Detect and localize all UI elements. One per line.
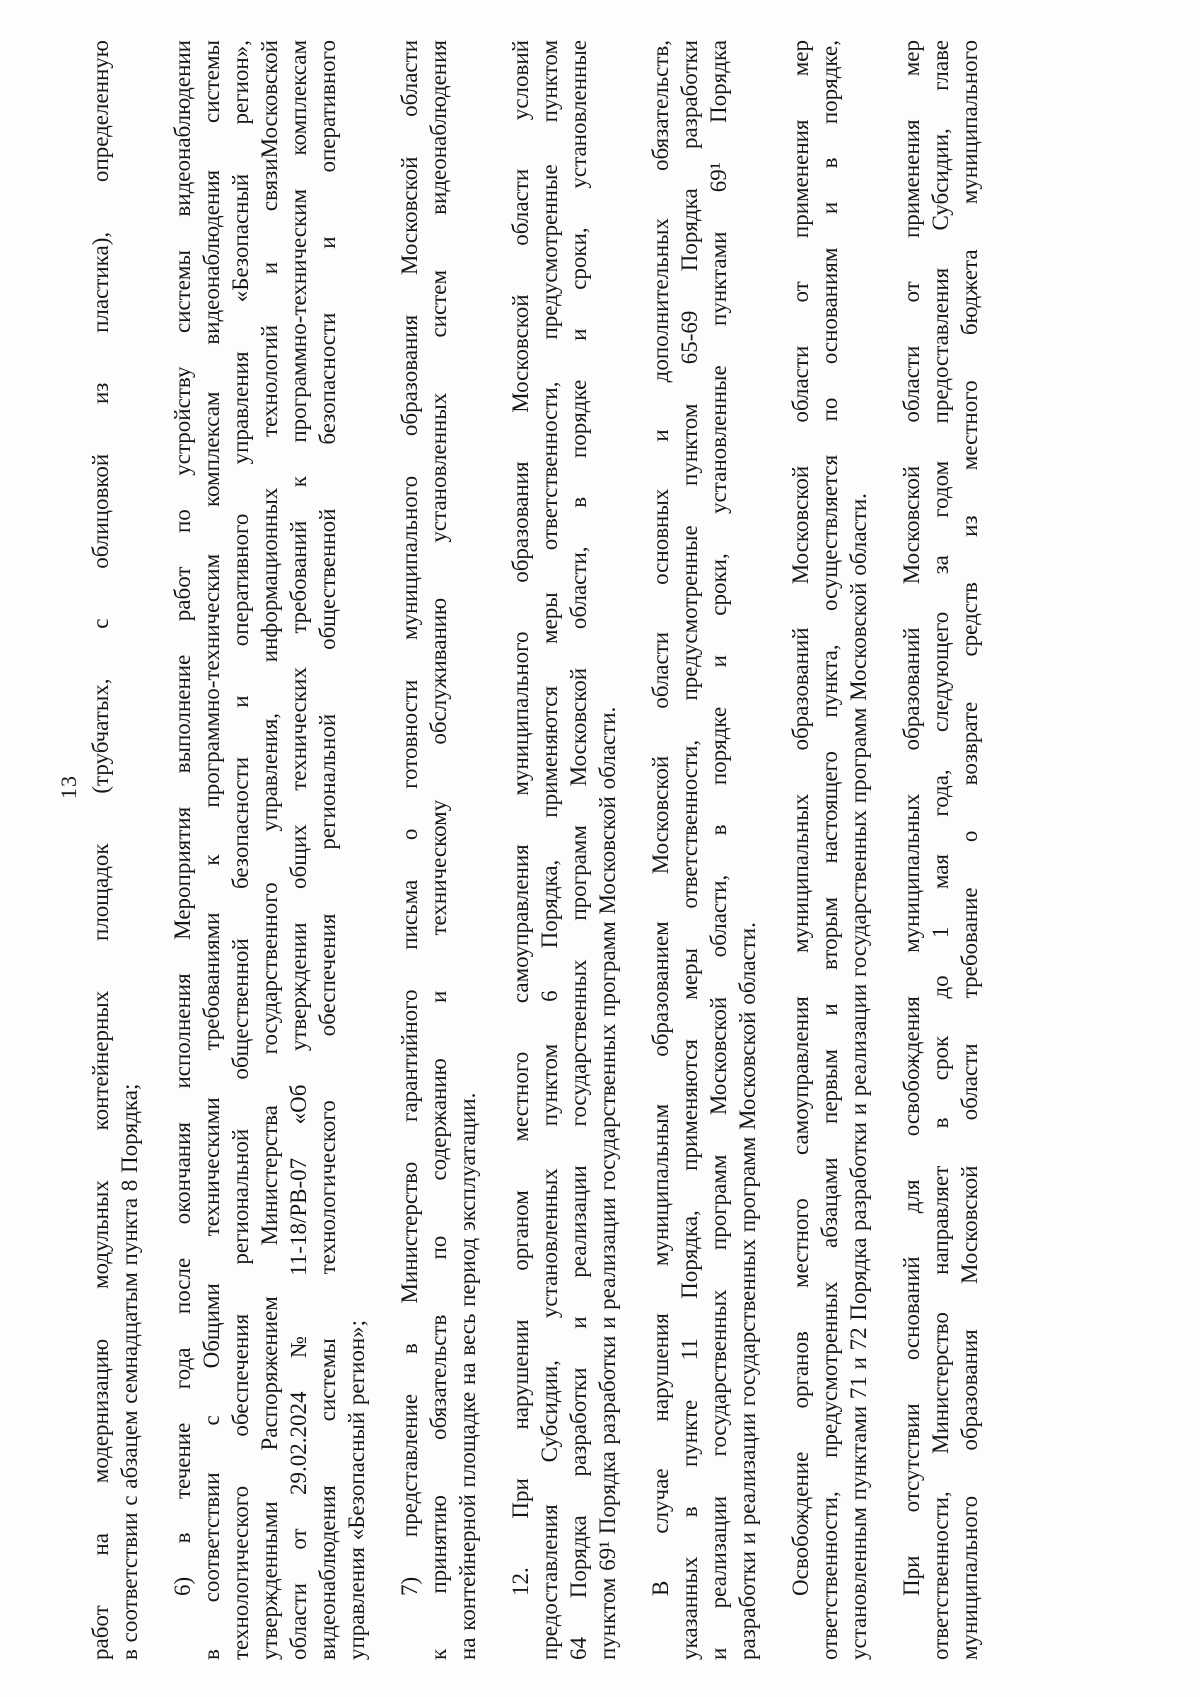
text-line: управления «Безопасный регион»; (342, 40, 371, 1660)
text-line: предоставления Субсидии, установленных п… (535, 40, 564, 1660)
text-line: в соответствии с Общими техническими тре… (197, 40, 226, 1660)
text-line: разработки и реализации государственных … (733, 40, 762, 1660)
text-line: на контейнерной площадке на весь период … (453, 40, 482, 1660)
text-line: видеонаблюдения системы технологического… (313, 40, 342, 1660)
paragraph: 6) в течение года после окончания исполн… (168, 40, 371, 1660)
text-line: в соответствии с абзацем семнадцатым пун… (115, 40, 144, 1660)
text-line: 6) в течение года после окончания исполн… (168, 40, 197, 1660)
paragraph: Освобождение органов местного самоуправл… (786, 40, 873, 1660)
text-line: технологического обеспечения регионально… (226, 40, 255, 1660)
text-line: утвержденными Распоряжением Министерства… (255, 40, 284, 1660)
text-line: указанных в пункте 11 Порядка, применяют… (675, 40, 704, 1660)
text-block: работ на модернизацию модульных контейне… (86, 40, 1008, 1660)
paragraph: В случае нарушения муниципальным образов… (646, 40, 762, 1660)
text-line: 7) представление в Министерство гарантий… (395, 40, 424, 1660)
text-line: пунктом 69¹ Порядка разработки и реализа… (593, 40, 622, 1660)
text-line: области от 29.02.2024 № 11-18/РВ-07 «Об … (284, 40, 313, 1660)
paragraph: При отсутствии оснований для освобождени… (897, 40, 984, 1660)
page-number: 13 (56, 775, 82, 799)
text-line: При отсутствии оснований для освобождени… (897, 40, 926, 1660)
text-line: 12. При нарушении органом местного самоу… (506, 40, 535, 1660)
scanned-document-viewport: 13 работ на модернизацию модульных конте… (0, 0, 1200, 1697)
text-line: работ на модернизацию модульных контейне… (86, 40, 115, 1660)
text-line: к принятию обязательств по содержанию и … (424, 40, 453, 1660)
paragraph: работ на модернизацию модульных контейне… (86, 40, 144, 1660)
text-line: В случае нарушения муниципальным образов… (646, 40, 675, 1660)
text-line: Освобождение органов местного самоуправл… (786, 40, 815, 1660)
document-page: 13 работ на модернизацию модульных конте… (0, 0, 1200, 1697)
text-line: муниципального образования Московской об… (955, 40, 984, 1660)
paragraph: 12. При нарушении органом местного самоу… (506, 40, 622, 1660)
text-line: установленным пунктами 71 и 72 Порядка р… (844, 40, 873, 1660)
paragraph: 7) представление в Министерство гарантий… (395, 40, 482, 1660)
text-line: 64 Порядка разработки и реализации госуд… (564, 40, 593, 1660)
text-line: и реализации государственных программ Мо… (704, 40, 733, 1660)
text-line: ответственности, предусмотренных абзацам… (815, 40, 844, 1660)
text-line: ответственности, Министерство направляет… (926, 40, 955, 1660)
